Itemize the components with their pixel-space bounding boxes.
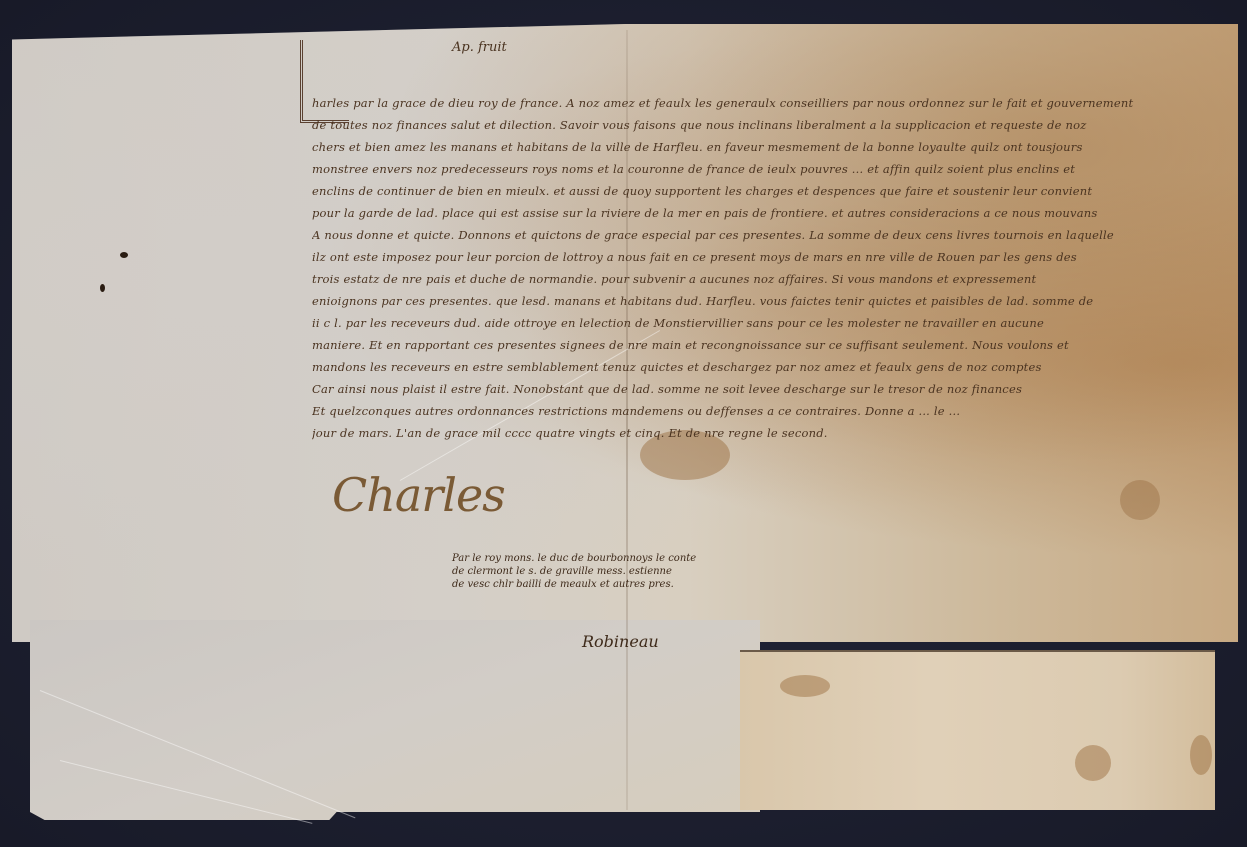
water-stain [1120, 480, 1160, 520]
text-line: pour la garde de lad. place qui est assi… [312, 202, 1224, 224]
text-line: enclins de continuer de bien en mieulx. … [312, 180, 1224, 202]
text-line: A nous donne et quicte. Donnons et quict… [312, 224, 1224, 246]
letter-body: harles par la grace de dieu roy de franc… [312, 92, 1224, 444]
countersignature-block: Par le roy mons. le duc de bourbonnoys l… [452, 552, 712, 591]
text-line: enioignons par ces presentes. que lesd. … [312, 290, 1224, 312]
text-line: trois estatz de nre pais et duche de nor… [312, 268, 1224, 290]
text-line: jour de mars. L'an de grace mil cccc qua… [312, 422, 1224, 444]
text-line: Et quelzconques autres ordonnances restr… [312, 400, 1224, 422]
text-line: mandons les receveurs en estre semblable… [312, 356, 1224, 378]
text-line: ilz ont este imposez pour leur porcion d… [312, 246, 1224, 268]
countersign-line: Par le roy mons. le duc de bourbonnoys l… [452, 552, 712, 565]
secretary-signature: Robineau [582, 632, 659, 651]
countersign-line: de vesc chlr bailli de meaulx et autres … [452, 578, 712, 591]
text-line: maniere. Et en rapportant ces presentes … [312, 334, 1224, 356]
water-stain [780, 675, 830, 697]
text-line: monstree envers noz predecesseurs roys n… [312, 158, 1224, 180]
water-stain [1190, 735, 1212, 775]
ink-spot [100, 284, 105, 292]
royal-signature: Charles [332, 468, 505, 522]
text-line: harles par la grace de dieu roy de franc… [312, 92, 1224, 114]
ink-spot [120, 252, 128, 258]
text-line: chers et bien amez les manans et habitan… [312, 136, 1224, 158]
text-line: Car ainsi nous plaist il estre fait. Non… [312, 378, 1224, 400]
text-line: ii c l. par les receveurs dud. aide ottr… [312, 312, 1224, 334]
parchment-lower-right-flap [740, 650, 1215, 810]
top-annotation: Ap. fruit [452, 40, 507, 55]
text-line: de toutes noz finances salut et dilectio… [312, 114, 1224, 136]
water-stain [1075, 745, 1111, 781]
countersign-line: de clermont le s. de graville mess. esti… [452, 565, 712, 578]
